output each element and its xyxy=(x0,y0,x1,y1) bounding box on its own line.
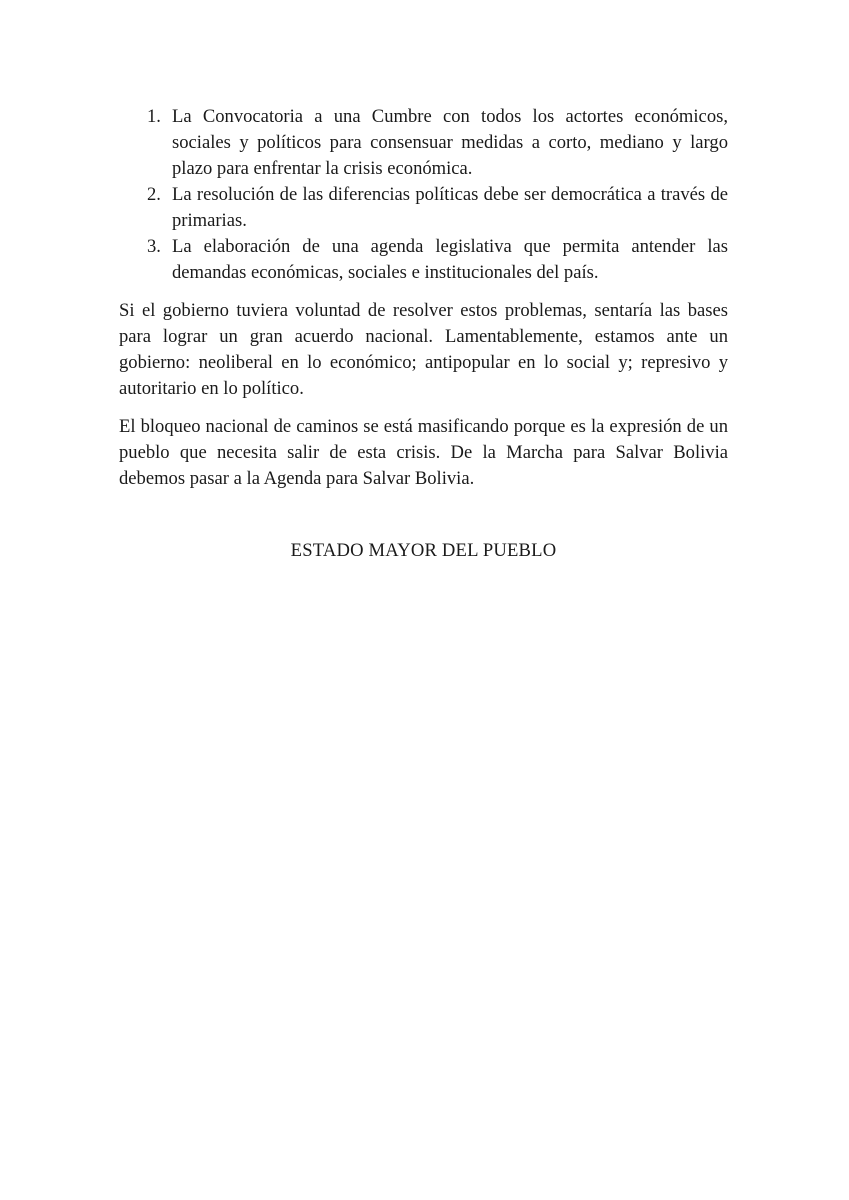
list-item-number: 1. xyxy=(147,104,161,130)
list-item: 1. La Convocatoria a una Cumbre con todo… xyxy=(119,104,728,182)
demands-list: 1. La Convocatoria a una Cumbre con todo… xyxy=(119,104,728,286)
list-item-number: 3. xyxy=(147,234,161,260)
list-item-number: 2. xyxy=(147,182,161,208)
list-item-text: La resolución de las diferencias polític… xyxy=(172,184,728,231)
paragraph-road-blockade: El bloqueo nacional de caminos se está m… xyxy=(119,414,728,492)
list-item: 2. La resolución de las diferencias polí… xyxy=(119,182,728,234)
list-item: 3. La elaboración de una agenda legislat… xyxy=(119,234,728,286)
document-page: 1. La Convocatoria a una Cumbre con todo… xyxy=(119,104,728,564)
paragraph-government-will: Si el gobierno tuviera voluntad de resol… xyxy=(119,298,728,402)
list-item-text: La Convocatoria a una Cumbre con todos l… xyxy=(172,106,728,179)
list-item-text: La elaboración de una agenda legislativa… xyxy=(172,236,728,283)
signature: ESTADO MAYOR DEL PUEBLO xyxy=(119,538,728,564)
